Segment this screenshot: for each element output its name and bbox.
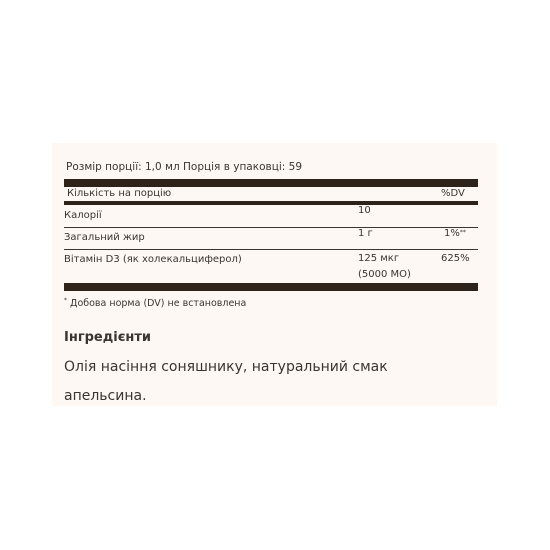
dv-footnote-mark: **	[460, 229, 466, 236]
row-vitamin-d3-dv: 625%	[441, 251, 470, 267]
row-vitamin-d3-amount: 125 мкг	[358, 251, 399, 267]
row-calories-amount: 10	[358, 203, 371, 219]
ingredients-text: Олія насіння соняшнику, натуральний смак…	[64, 353, 464, 411]
header-amount-per-serving: Кількість на порцію	[67, 186, 171, 202]
footnote-mark: *	[64, 297, 67, 304]
row-vitamin-d3-amount-iu: (5000 МО)	[358, 267, 411, 283]
footnote-text: Добова норма (DV) не встановлена	[70, 298, 246, 309]
row-total-fat-name: Загальний жир	[64, 230, 145, 246]
row-divider	[64, 227, 478, 228]
row-divider	[64, 249, 478, 250]
ingredients-title: Інгредієнти	[64, 330, 151, 345]
footnote: * Добова норма (DV) не встановлена	[64, 298, 246, 309]
divider-header	[64, 201, 478, 205]
serving-size-info: Розмір порції: 1,0 мл Порція в упаковці:…	[66, 161, 302, 173]
divider-thick-bottom	[64, 283, 478, 291]
row-calories-name: Калорії	[64, 208, 102, 224]
header-dv: %DV	[441, 186, 465, 202]
row-vitamin-d3-name: Вітамін D3 (як холекальциферол)	[64, 252, 242, 268]
row-total-fat-dv: 1%**	[444, 226, 466, 242]
row-total-fat-amount: 1 г	[358, 226, 373, 242]
dv-value: 1%	[444, 228, 460, 239]
